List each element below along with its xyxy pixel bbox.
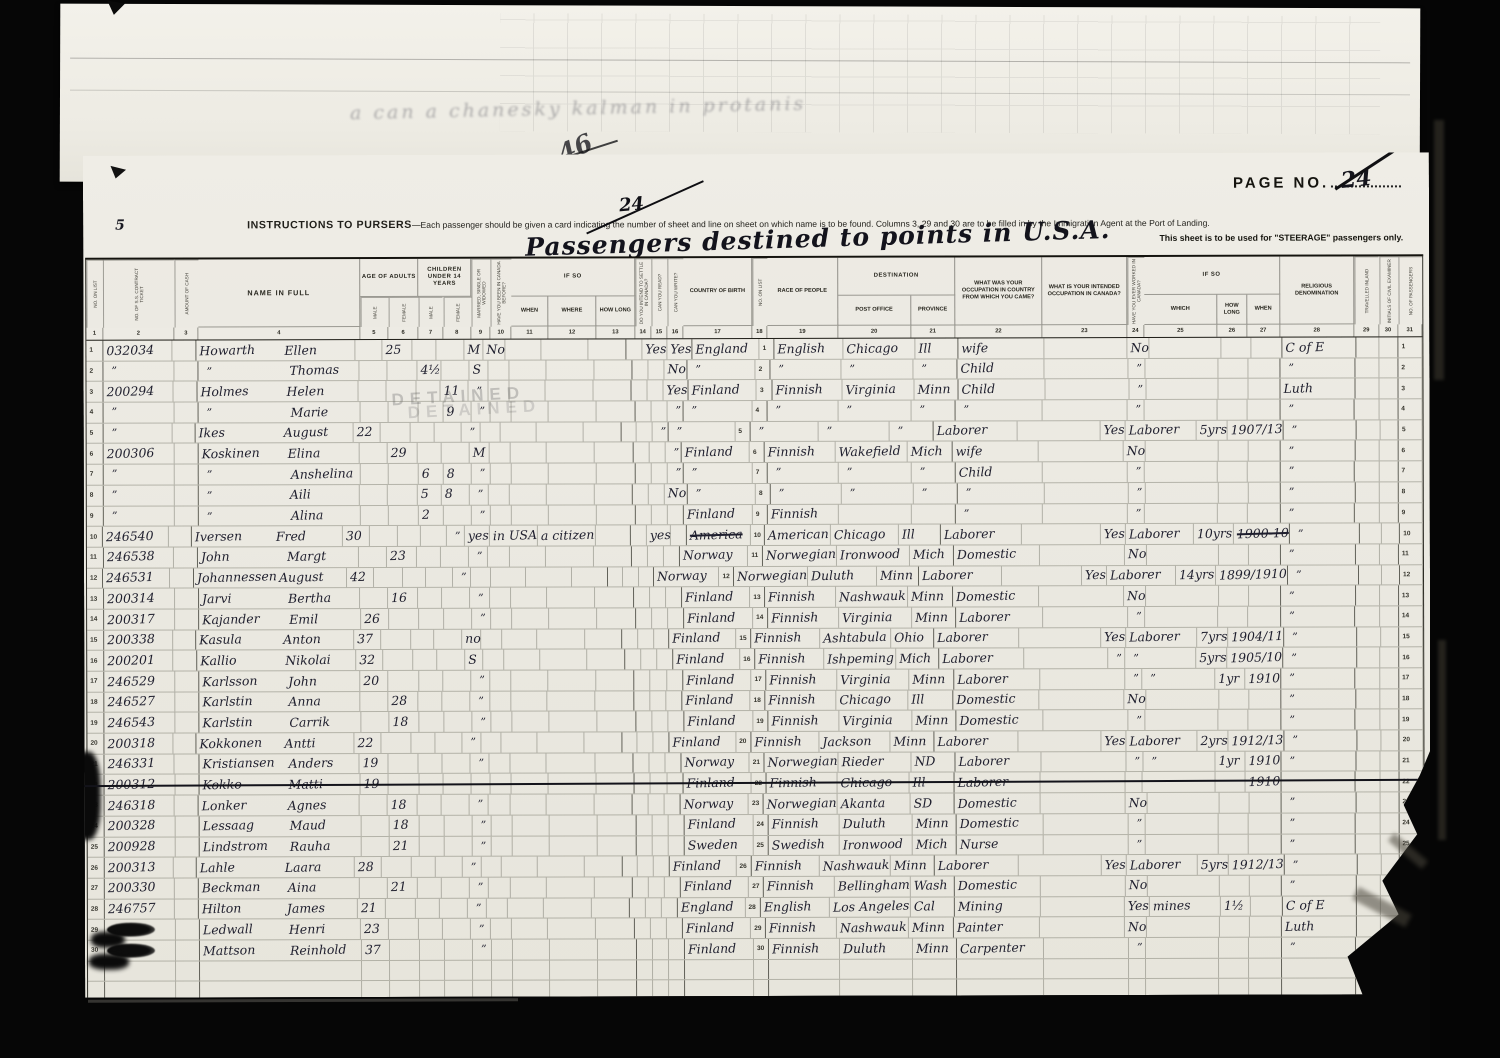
cell-c30 <box>1380 337 1399 357</box>
cell-ageM: 26 <box>361 609 389 629</box>
cell-c29 <box>1355 358 1379 378</box>
handwritten-text: Ironwood <box>839 838 903 852</box>
cell-race: Finnish <box>765 587 836 607</box>
handwritten-text: Minn <box>912 714 948 727</box>
handwritten-text: ” <box>1128 611 1142 622</box>
cell-read <box>651 670 667 690</box>
handwritten-text: August <box>280 426 353 440</box>
col-header-write: Can you write? <box>667 258 683 326</box>
handwritten-text: 1905/10 <box>1227 651 1282 665</box>
cell-intended <box>1025 648 1108 668</box>
cell-relig: ” <box>1281 544 1355 564</box>
cell-read <box>653 960 669 980</box>
handwritten-text: ” <box>750 426 764 437</box>
cell-howlong <box>572 567 609 587</box>
cell-worked: ” <box>1129 938 1146 958</box>
cell-when <box>510 360 546 380</box>
cell-c14 <box>632 381 648 401</box>
cell-ageF: 18 <box>390 816 420 836</box>
cell-howlong2 <box>1221 338 1251 358</box>
cell-c29 <box>1356 979 1380 999</box>
cell-which <box>1146 689 1219 709</box>
handwritten-text: Laborer <box>954 672 1008 686</box>
cell-race: Finnish <box>751 732 820 752</box>
cell-no: 8 <box>87 486 104 506</box>
handwritten-text: Virginia <box>842 383 896 397</box>
cell-when2 <box>1251 338 1283 358</box>
cell-when <box>509 546 545 566</box>
handwritten-text: Mich <box>896 652 931 665</box>
cell-cash <box>173 858 197 878</box>
cell-c14 <box>633 484 649 504</box>
handwritten-text: 14 <box>753 614 763 621</box>
cell-worked: No <box>1124 545 1147 565</box>
cell-howlong <box>598 836 636 856</box>
cell-cash <box>175 589 199 609</box>
cell-which: ” <box>1125 648 1196 668</box>
cell-mar: S <box>465 650 484 670</box>
cell-when <box>513 815 549 835</box>
handwritten-text: ” <box>665 447 679 458</box>
cell-c14 <box>636 608 652 628</box>
cell-ticket: 200306 <box>104 444 175 464</box>
col-header-howlong: How long <box>597 296 635 326</box>
cell-when2 <box>1249 979 1281 999</box>
cell-relig: ” <box>1290 524 1360 544</box>
handwritten-text: Laborer <box>954 776 1008 790</box>
cell-occ: Laborer <box>955 752 1041 772</box>
handwritten-text: 15 <box>736 635 746 642</box>
cell-cash <box>175 713 199 733</box>
handwritten-text: 42 <box>347 571 366 584</box>
handwritten-text: 16 <box>1399 654 1409 661</box>
col-header-settle: Do you intend to settle in Canada? <box>635 258 651 326</box>
cell-prov: Mich <box>910 545 954 565</box>
cell-where <box>547 443 595 463</box>
cell-ageF <box>390 940 420 960</box>
cell-when2 <box>1249 379 1281 399</box>
cell-country: ” <box>668 422 735 442</box>
col-number: 4 <box>199 327 361 339</box>
cell-c29 <box>1359 565 1382 585</box>
cell-read <box>651 774 667 794</box>
cell-when <box>512 774 548 794</box>
cell-country: Finland <box>683 773 752 793</box>
cell-chM <box>413 650 437 670</box>
cell-worked: ” <box>1125 669 1142 689</box>
cell-write <box>666 691 682 711</box>
cell-worked <box>1126 772 1143 792</box>
cell-lineno: 16 <box>1399 648 1423 668</box>
cell-howlong2: 5yrs <box>1196 421 1227 441</box>
cell-read <box>653 815 669 835</box>
handwritten-text: 11 <box>748 552 758 559</box>
cell-chM <box>418 878 442 898</box>
cell-ticket: 200313 <box>104 858 173 878</box>
cell-midno: 10 <box>751 525 765 545</box>
cell-mar: ” <box>470 753 489 773</box>
cell-which <box>1147 917 1220 937</box>
handwritten-text: Laborer <box>939 652 993 666</box>
cell-howlong <box>588 650 626 670</box>
handwritten-text: 37 <box>354 633 373 646</box>
cell-post: Chicago <box>831 525 899 545</box>
cell-mar: ” <box>472 464 491 484</box>
cell-ageM <box>359 361 387 381</box>
handwritten-text: Anshelina <box>288 467 360 481</box>
cell-occ: Painter <box>954 918 1041 938</box>
handwritten-text: Ohio <box>891 631 924 644</box>
col-header-age-male: Male <box>360 297 388 327</box>
handwritten-text: Minn <box>908 590 944 603</box>
handwritten-text: Fred <box>273 529 343 543</box>
cell-read <box>648 546 664 566</box>
cell-race: Swedish <box>769 835 840 855</box>
cell-midno: 28 <box>746 898 761 918</box>
cell-ticket: 200338 <box>104 630 173 650</box>
cell-post: ” <box>838 401 911 421</box>
cell-race: ” <box>768 463 839 483</box>
handwritten-text: Domestic <box>957 817 1020 831</box>
handwritten-text: 1yr <box>1216 755 1240 768</box>
cell-worked: ” <box>1129 359 1146 379</box>
cell-howlong <box>589 339 627 359</box>
cell-post: ” <box>841 483 913 503</box>
handwritten-text: Johannessen <box>193 570 276 585</box>
cell-when2: 1900-10 <box>1234 524 1290 544</box>
cell-worked: No <box>1125 793 1148 813</box>
cell-which <box>1146 358 1218 378</box>
cell-when <box>513 608 549 628</box>
handwritten-text: Domestic <box>953 693 1016 707</box>
cell-when2 <box>1250 876 1282 896</box>
col-number: 3 <box>174 327 198 339</box>
cell-where <box>547 691 595 711</box>
handwritten-text: Jarvi <box>199 591 285 606</box>
cell-c14 <box>633 794 649 814</box>
col-number: 2 <box>104 328 175 340</box>
handwritten-text: ” <box>472 468 486 479</box>
cell-howlong2 <box>1217 400 1247 420</box>
cell-howlong2 <box>1218 710 1248 730</box>
cell-worked: No <box>1127 338 1150 358</box>
cell-c14 <box>634 588 650 608</box>
handwritten-text: Norwegian <box>763 548 836 562</box>
cell-midno: 23 <box>749 794 764 814</box>
cell-occ: Laborer <box>954 669 1041 689</box>
cell-no: 1 <box>86 341 103 361</box>
handwritten-text: Finnish <box>755 652 806 666</box>
handwritten-text: ” <box>1127 466 1141 477</box>
cell-prov: Minn <box>912 607 957 627</box>
cell-c30 <box>1382 524 1400 544</box>
cell-chM <box>420 960 444 980</box>
cell-occ: wife <box>959 338 1044 358</box>
cell-prov: ” <box>914 483 958 503</box>
cell-when2: 1910 <box>1246 751 1282 771</box>
cell-ticket: ” <box>104 465 175 485</box>
cell-ageF: 21 <box>388 878 418 898</box>
cell-c14 <box>637 960 653 980</box>
cell-ageF: 29 <box>388 443 418 463</box>
cell-country: Finland <box>681 877 749 897</box>
cell-country: Finland <box>685 815 754 835</box>
handwritten-text: ” <box>462 427 476 438</box>
handwritten-text: Minn <box>912 817 948 830</box>
cell-howlong2: 1½ <box>1221 896 1251 916</box>
cell-no: 12 <box>87 568 103 588</box>
cell-howlong <box>593 381 631 401</box>
cell-relig: C of E <box>1283 896 1357 916</box>
col-header-province: PROVINCE <box>911 295 956 325</box>
handwritten-text: Luth <box>1281 382 1314 395</box>
cell-ageM: 42 <box>347 568 374 588</box>
handwritten-text: Koskinen <box>198 446 284 461</box>
cell-country: Norway <box>654 567 719 587</box>
cell-prov: ND <box>911 752 955 772</box>
cell-occ: Laborer <box>934 628 1019 648</box>
cell-howlong2 <box>1218 462 1248 482</box>
cell-which <box>1146 958 1219 978</box>
cell-howlong <box>595 443 633 463</box>
cell-race: American <box>765 525 831 545</box>
cell-lineno: 3 <box>1398 379 1422 399</box>
cell-chM <box>411 629 435 649</box>
cell-ageM <box>355 340 383 360</box>
cell-race: Finnish <box>766 690 837 710</box>
cell-howlong2: 10yrs <box>1194 524 1233 544</box>
handwritten-text: Laborer <box>934 631 988 645</box>
handwritten-text: American <box>765 528 829 542</box>
cell-cb <box>491 774 512 794</box>
black-margin <box>1430 0 1500 1058</box>
cell-intended <box>1044 359 1129 379</box>
cell-cash <box>176 1002 200 1022</box>
cell-midno: 30 <box>754 939 769 959</box>
cell-prov: Ill <box>899 525 941 545</box>
col-header-midno: No. on List <box>752 258 767 326</box>
cell-lineno: 14 <box>1399 606 1423 626</box>
cell-lineno: 30 <box>1400 937 1424 957</box>
handwritten-text: M <box>464 343 480 356</box>
handwritten-text: Minn <box>910 673 946 686</box>
handwritten-text: Minn <box>914 383 950 396</box>
cell-c29 <box>1357 420 1381 440</box>
handwritten-text: 18 <box>388 798 407 811</box>
handwritten-text: Aina <box>285 881 359 895</box>
cell-c30 <box>1380 668 1399 688</box>
cell-read <box>650 691 666 711</box>
cell-post: Virginia <box>837 670 910 690</box>
cell-no: 15 <box>87 630 104 650</box>
handwritten-text: Wash <box>910 880 947 893</box>
cell-chM <box>421 1002 445 1022</box>
cell-post: Chicago <box>837 773 910 793</box>
cell-when2: 1905/10 <box>1228 648 1284 668</box>
cell-ageF: 23 <box>387 547 417 567</box>
handwritten-text: Laborer <box>919 569 973 583</box>
handwritten-text: 13 <box>750 594 760 601</box>
handwritten-text: Finland <box>673 652 725 666</box>
handwritten-text: Sweden <box>685 838 738 852</box>
cell-midno: 3 <box>757 380 772 400</box>
cell-intended <box>1044 814 1129 834</box>
cell-mar: ” <box>472 609 491 629</box>
cell-write <box>667 670 683 690</box>
cell-relig: ” <box>1280 503 1355 523</box>
cell-worked <box>1129 1000 1146 1020</box>
cell-which <box>1146 1000 1219 1020</box>
col-number: 30 <box>1379 324 1398 336</box>
cell-when: in USA <box>490 526 538 546</box>
handwritten-text: 200338 <box>104 633 155 647</box>
cell-chF <box>442 754 470 774</box>
handwritten-text: 28 <box>88 906 98 913</box>
cell-write: ” <box>665 443 681 463</box>
handwritten-text: 27 <box>749 883 759 890</box>
cell-where <box>546 795 594 815</box>
cell-which <box>1148 876 1220 896</box>
cell-mar: no <box>462 629 482 649</box>
handwritten-text: 1910 <box>1245 775 1280 788</box>
cell-prov: Minn <box>877 566 919 586</box>
cell-chF <box>444 816 472 836</box>
col-number: 20 <box>838 326 911 338</box>
cell-howlong <box>597 774 635 794</box>
cell-c14 <box>636 712 652 732</box>
handwritten-text: 5yrs <box>1196 424 1227 437</box>
handwritten-text: ” <box>1282 880 1296 891</box>
handwritten-text: 19 <box>1399 716 1409 723</box>
cell-cb <box>489 360 510 380</box>
handwritten-text: Ironwood <box>837 548 901 562</box>
cell-c29 <box>1355 441 1379 461</box>
cell-which: Laborer <box>1127 855 1198 875</box>
cell-post: Duluth <box>808 566 877 586</box>
handwritten-text: Minn <box>877 569 913 582</box>
cell-when <box>514 981 550 1001</box>
cell-when <box>509 381 545 401</box>
cell-intended <box>1043 400 1128 420</box>
cell-intended <box>1019 628 1102 648</box>
cell-read <box>651 918 667 938</box>
cell-worked: ” <box>1129 834 1146 854</box>
cell-country: ” <box>684 401 753 421</box>
cell-name: LindstromRauha <box>200 837 362 857</box>
cell-ticket: 246527 <box>104 692 175 712</box>
cell-name: ”Alina <box>199 506 361 526</box>
handwritten-text: 20 <box>736 738 746 745</box>
cell-chM <box>420 836 444 856</box>
cell-ageM: 32 <box>356 650 384 670</box>
col-number: 11 <box>512 327 548 339</box>
handwritten-text: Chicago <box>837 776 892 790</box>
col-group-ifso: IF SO <box>512 258 635 296</box>
cell-howlong <box>598 981 636 1001</box>
cell-country <box>685 960 754 980</box>
handwritten-text: Norway <box>654 570 707 584</box>
cell-midno: 11 <box>748 546 763 566</box>
handwritten-text: 10 <box>87 533 97 540</box>
cell-worked: ” <box>1129 379 1146 399</box>
cell-howlong <box>594 546 632 566</box>
cell-where <box>549 505 598 525</box>
handwritten-text: Margt <box>284 550 358 564</box>
handwritten-text: Norwegian <box>765 755 838 769</box>
handwritten-text: Norwegian <box>734 569 807 583</box>
handwritten-text: yes <box>465 529 489 542</box>
cell-when2: 1910 <box>1246 772 1282 792</box>
cell-country: ” <box>684 463 753 483</box>
handwritten-text: ” <box>199 509 288 522</box>
cell-c14 <box>632 546 648 566</box>
handwritten-text: 7yrs <box>1197 631 1228 644</box>
handwritten-text: Finnish <box>751 631 802 645</box>
cell-ageM <box>362 836 390 856</box>
handwritten-text: ” <box>1289 528 1303 539</box>
cell-occ: ” <box>956 504 1043 524</box>
cell-where <box>550 981 599 1001</box>
cell-relig <box>1281 772 1356 792</box>
cell-cb <box>480 422 501 442</box>
cell-c29 <box>1357 627 1381 647</box>
cell-chM <box>418 795 442 815</box>
cell-ageM <box>361 712 389 732</box>
cell-where <box>547 588 595 608</box>
cell-cb <box>491 919 512 939</box>
handwritten-text: 1 <box>86 347 93 354</box>
cell-c14 <box>626 339 642 359</box>
handwritten-text: wife <box>959 342 989 355</box>
handwritten-text: ” <box>1281 673 1295 684</box>
cell-cash <box>175 506 199 526</box>
cell-c29 <box>1355 503 1379 523</box>
cell-chM <box>419 919 443 939</box>
handwritten-text: ” <box>1281 942 1295 953</box>
handwritten-text: Laara <box>281 860 354 874</box>
col-number: 28 <box>1280 324 1355 336</box>
handwritten-text: 5 <box>1399 426 1406 433</box>
handwritten-text: 7 <box>753 469 760 476</box>
handwritten-text: Carpenter <box>957 941 1025 955</box>
cell-midno: 5 <box>735 422 750 442</box>
cell-ageF: 18 <box>388 795 418 815</box>
handwritten-text: Finnish <box>751 735 802 749</box>
handwritten-text: ” <box>1281 714 1295 725</box>
cell-mar: ” <box>447 526 465 546</box>
handwritten-text: 13 <box>87 595 97 602</box>
handwritten-text: Akanta <box>838 797 886 811</box>
handwritten-text: 15 <box>1400 633 1410 640</box>
cell-when2: 1904/11 <box>1228 627 1284 647</box>
cell-chF <box>441 360 469 380</box>
cell-prov: Minn <box>891 732 934 752</box>
cell-intended <box>1018 421 1101 441</box>
cell-write <box>671 525 686 545</box>
scan-blob <box>72 752 100 840</box>
cell-relig: C of E <box>1283 337 1356 357</box>
handwritten-text: ” <box>1284 735 1298 746</box>
col-number: 12 <box>548 326 597 338</box>
cell-ageF <box>386 898 416 918</box>
cell-midno <box>754 980 769 1000</box>
handwritten-text: 27 <box>1400 882 1410 889</box>
col-number: 31 <box>1398 324 1422 336</box>
cell-read <box>652 608 668 628</box>
cell-worked: ” <box>1128 462 1145 482</box>
cell-which <box>1145 503 1218 523</box>
handwritten-text: Laborer <box>955 755 1009 769</box>
